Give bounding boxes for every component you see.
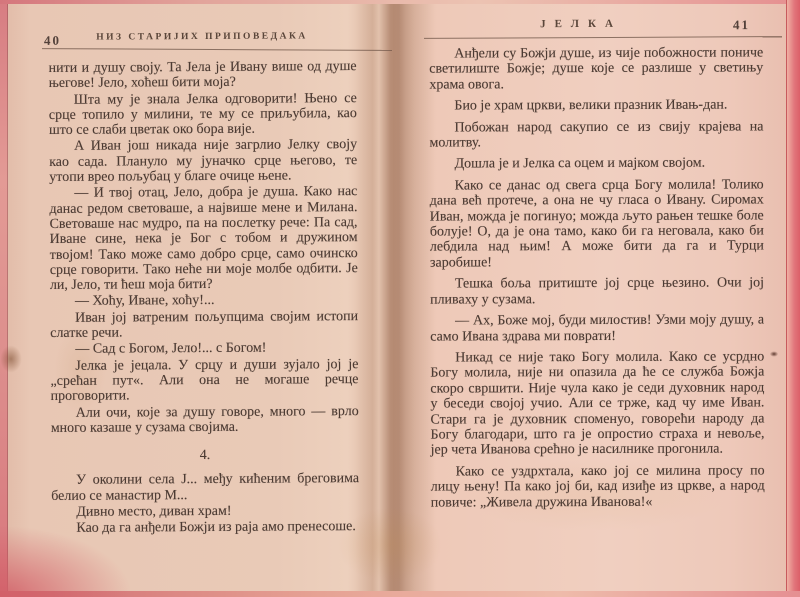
paragraph: Анђели су Божји душе, из чије побожности… <box>429 45 763 92</box>
page-number-left: 40 <box>44 33 61 49</box>
paragraph: Дивно место, диван храм! <box>51 503 359 520</box>
paragraph: Побожан народ сакупио се из свију крајев… <box>429 119 763 151</box>
right-page-text: Анђели су Божји душе, из чије побожности… <box>429 45 765 516</box>
paragraph: — Сад с Богом, Јело!... с Богом! <box>50 340 358 357</box>
paragraph: Никад се није тако Богу молила. Како се … <box>430 349 764 458</box>
paragraph: Дошла је и Јелка са оцем и мајком својом… <box>430 156 764 173</box>
paragraph: — Ах, Боже мој, буди милостив! Узми моју… <box>430 313 764 345</box>
paragraph: А Иван још никада није загрлио Јелку сво… <box>49 138 357 186</box>
paragraph: нити и душу своју. Та Јела је Ивану више… <box>49 59 357 91</box>
paragraph: — Хоћу, Иване, хоћу!... <box>50 293 358 310</box>
page-number-right: 41 <box>733 17 750 33</box>
paragraph: Шта му је знала Јелка одговорити! Њено с… <box>49 91 357 139</box>
paragraph: У околини села Ј... међу кићеним брегови… <box>51 471 359 503</box>
running-header-left: 40 НИЗ СТАРИЈИХ ПРИПОВЕДАКА <box>44 31 360 43</box>
paragraph: — И твој отац, Јело, добра је душа. Како… <box>49 184 358 293</box>
paragraph: Како се уздрхтала, како јој се милина пр… <box>431 463 765 510</box>
book-gutter-shadow <box>355 0 435 597</box>
paragraph: Као да га анђели Божји из раја амо прене… <box>51 519 359 536</box>
paragraph: Јелка је јецала. У срцу и души зујало јо… <box>50 357 358 405</box>
paragraph: Али очи, које за душу говоре, много — вр… <box>51 404 359 436</box>
book-cover-edge-right <box>786 0 800 597</box>
paragraph: Био је храм цркви, велики празник Ивањ-д… <box>429 98 763 115</box>
book-cover-edge-left <box>0 0 8 597</box>
running-title-left: НИЗ СТАРИЈИХ ПРИПОВЕДАКА <box>44 31 360 43</box>
book-cover-corner <box>0 527 130 597</box>
running-header-right: ЈЕЛКА 41 <box>430 17 732 31</box>
book-scan: 40 НИЗ СТАРИЈИХ ПРИПОВЕДАКА ЈЕЛКА 41 нит… <box>0 0 800 597</box>
paragraph: Како се данас од свега срца Богу молила!… <box>430 177 764 271</box>
paragraph: Тешка боља притиште јој срце њезино. Очи… <box>430 276 764 308</box>
paragraph: Иван јој ватреним пољупцима својим истоп… <box>50 309 358 341</box>
section-number: 4. <box>51 447 359 464</box>
running-title-right: ЈЕЛКА <box>430 17 732 31</box>
left-page-text: нити и душу своју. Та Јела је Ивану више… <box>49 59 360 537</box>
book-cover-edge-top <box>0 0 800 4</box>
